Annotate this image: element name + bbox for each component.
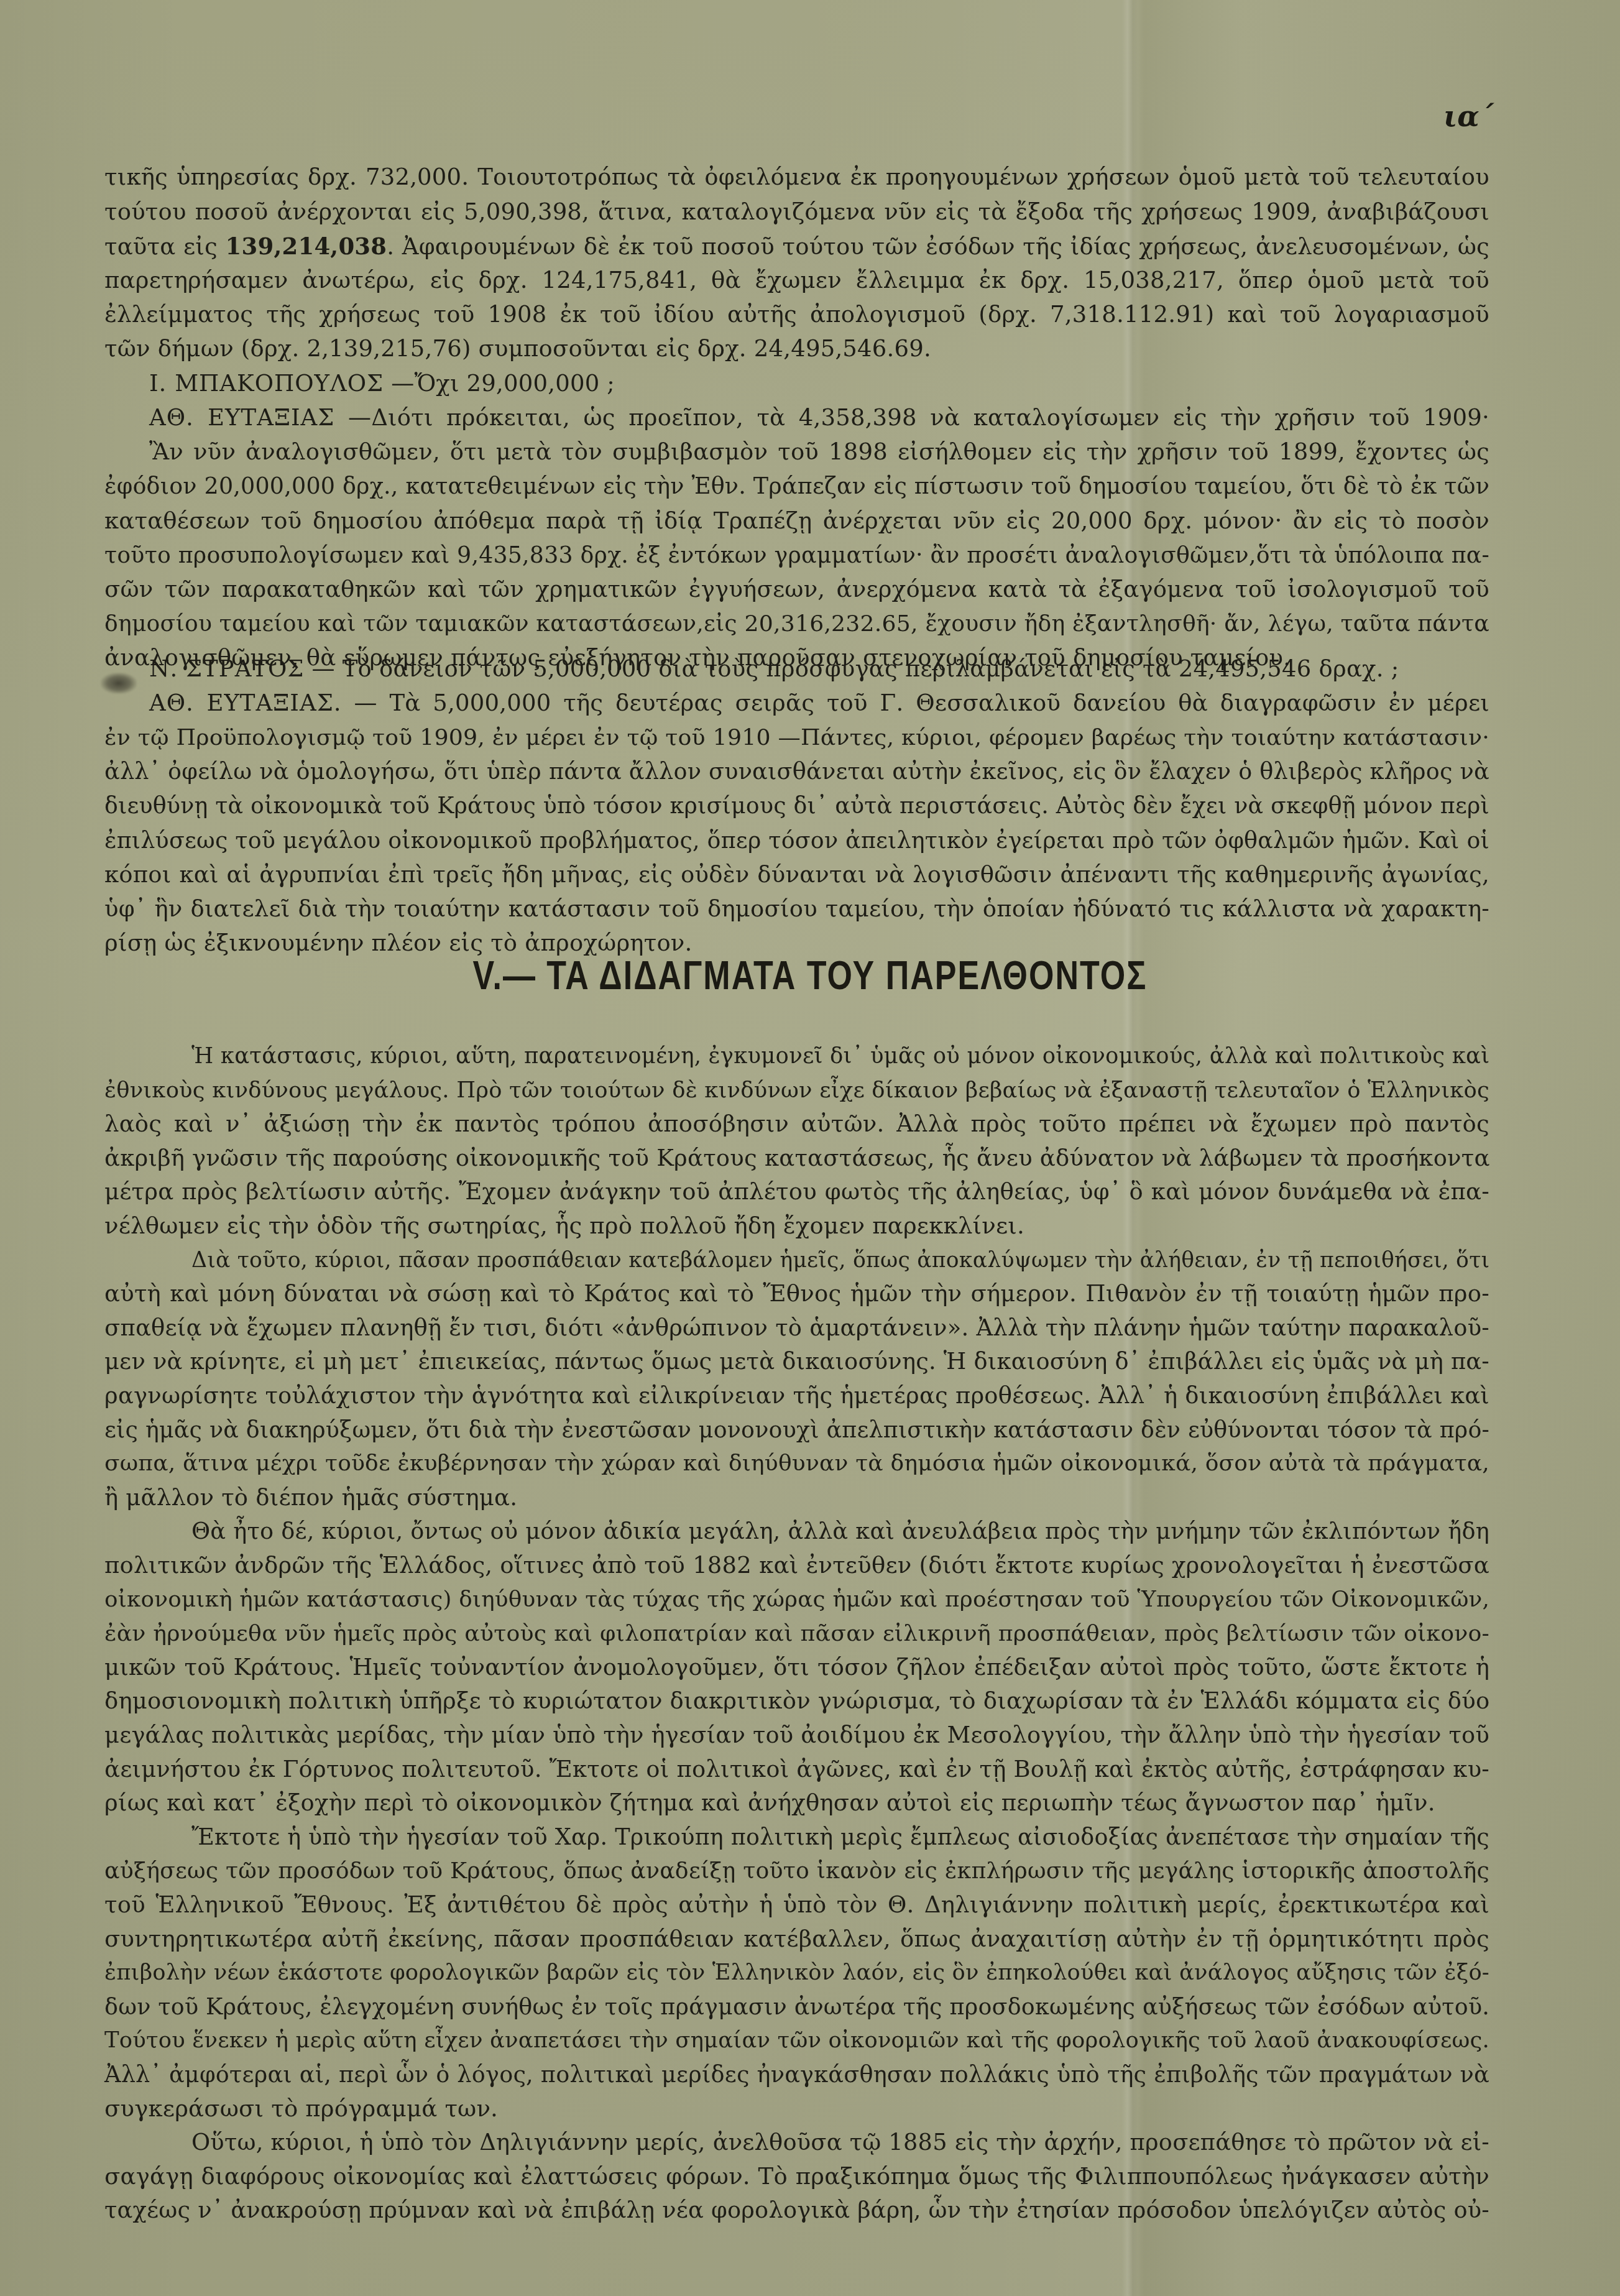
text-line: ἀκριβῆ γνῶσιν τῆς παρούσης οἰκονομικῆς τ…: [104, 1141, 1489, 1175]
text-line: Ἡ κατάστασις, κύριοι, αὕτη, παρατεινομέν…: [104, 1040, 1489, 1073]
text-line: Διὰ τοῦτο, κύριοι, πᾶσαν προσπάθειαν κατ…: [104, 1243, 1489, 1277]
text-line: ρίως καὶ κατ᾽ ἐξοχὴν περὶ τὸ οἰκονομικὸν…: [104, 1786, 1489, 1820]
text-line: Ἀλλ᾽ ἀμφότεραι αἱ, περὶ ὧν ὁ λόγος, πολι…: [104, 2058, 1489, 2091]
text-line: τικῆς ὑπηρεσίας δρχ. 732,000. Τοιουτοτρό…: [104, 160, 1489, 194]
text-line: πολιτικῶν ἀνδρῶν τῆς Ἑλλάδος, οἵτινες ἀπ…: [104, 1549, 1489, 1582]
text-line: λαὸς καὶ ν᾽ ἀξιώσῃ τὴν ἐκ παντὸς τρόπου …: [104, 1107, 1489, 1141]
text-line: παρετηρήσαμεν ἀνωτέρω, εἰς δρχ. 124,175,…: [104, 264, 1489, 297]
text-line: Οὕτω, κύριοι, ἡ ὑπὸ τὸν Δηλιγιάννην μερί…: [104, 2126, 1489, 2159]
text-line: κόποι καὶ αἱ ἀγρυπνίαι ἐπὶ τρεῖς ἤδη μῆν…: [104, 858, 1489, 892]
text-line: δημοσίου ταμείου καὶ τῶν ταμιακῶν καταστ…: [104, 607, 1489, 640]
text-line: ραγνωρίσητε τοὐλάχιστον τὴν ἁγνότητα καὶ…: [104, 1379, 1489, 1413]
speaker-name: ΑΘ. ΕΥΤΑΞΙΑΣ.: [149, 689, 342, 716]
text-line: ἢ μᾶλλον τὸ διέπον ἡμᾶς σύστημα.: [104, 1481, 1489, 1515]
dialogue-line: ΑΘ. ΕΥΤΑΞΙΑΣ —Διότι πρόκειται, ὡς προεῖπ…: [104, 401, 1489, 435]
text-line: μεν νὰ κρίνητε, εἰ μὴ μετ᾽ ἐπιεικείας, π…: [104, 1345, 1489, 1378]
ink-smudge-mark: [101, 673, 137, 694]
section-heading: V.— ΤΑ ΔΙΔΑΓΜΑΤΑ ΤΟΥ ΠΑΡΕΛΘΟΝΤΟΣ: [0, 953, 1620, 1000]
text-line: τούτου ποσοῦ ἀνέρχονται εἰς 5,090,398, ἅ…: [104, 195, 1489, 229]
text-line-with-bold-total: ταῦτα εἰς 139,214,038. Ἀφαιρουμένων δὲ ἐ…: [104, 229, 1489, 263]
text-line: διευθύνῃ τὰ οἰκονομικὰ τοῦ Κράτους ὑπὸ τ…: [104, 789, 1489, 823]
text-line: συντηρητικωτέρα αὐτῆ ἐκείνης, πᾶσαν προσ…: [104, 1922, 1489, 1956]
text-line: δων τοῦ Κράτους, ἐλεγχομένη συνήθως ἐν τ…: [104, 1990, 1489, 2024]
text-line: Θὰ ἦτο δέ, κύριοι, ὄντως οὐ μόνον ἀδικία…: [104, 1515, 1489, 1548]
text-line: τοῦτο προσυπολογίσωμεν καὶ 9,435,833 δρχ…: [104, 538, 1489, 572]
dialogue-line: Ι. ΜΠΑΚΟΠΟΥΛΟΣ —Ὄχι 29,000,000 ;: [104, 367, 1489, 400]
text-line: ἐθνικοὺς κινδύνους μεγάλους. Πρὸ τῶν τοι…: [104, 1074, 1489, 1107]
speech-text: —Ὄχι 29,000,000 ;: [391, 370, 615, 397]
text-line: σωπα, ἅτινα μέχρι τοῦδε ἐκυβέρνησαν τὴν …: [104, 1447, 1489, 1480]
text-line: ἐλλείμματος τῆς χρήσεως τοῦ 1908 ἐκ τοῦ …: [104, 298, 1489, 331]
text-line: ἐὰν ἠρνούμεθα νῦν ἡμεῖς πρὸς αὐτοὺς καὶ …: [104, 1616, 1489, 1650]
text-line: ἀειμνήστου ἐκ Γόρτυνος πολιτευτοῦ. Ἔκτοτ…: [104, 1753, 1489, 1786]
speaker-name: Ν. ΣΤΡΑΤΟΣ: [149, 655, 305, 682]
text-line: οἰκονομικὴ ἡμῶν κατάστασις) διηύθυναν τὰ…: [104, 1583, 1489, 1616]
text-line: εἰς ἡμᾶς νὰ διακηρύξωμεν, ὅτι διὰ τὴν ἐν…: [104, 1413, 1489, 1447]
text-line: σπαθείᾳ νὰ ἔχωμεν πλανηθῇ ἔν τισι, διότι…: [104, 1311, 1489, 1345]
speech-text: — Τὰ 5,000,000 τῆς δευτέρας σειρᾶς τοῦ Γ…: [354, 689, 1489, 716]
text-line: τοῦ Ἑλληνικοῦ Ἔθνους. Ἐξ ἀντιθέτου δὲ πρ…: [104, 1888, 1489, 1922]
text-line: μικῶν τοῦ Κράτους. Ἡμεῖς τοὐναντίον ἀνομ…: [104, 1651, 1489, 1684]
text-line: αὐξήσεως τῶν προσόδων τοῦ Κράτους, ὅπως …: [104, 1854, 1489, 1888]
text-line: Τούτου ἕνεκεν ἡ μερὶς αὕτη εἶχεν ἀναπετά…: [104, 2024, 1489, 2057]
page-number: ια΄: [1443, 99, 1494, 133]
text-line: ἐν τῷ Προϋπολογισμῷ τοῦ 1909, ἐν μέρει ἐ…: [104, 721, 1489, 754]
text-line: αὐτὴ καὶ μόνη δύναται νὰ σώσῃ καὶ τὸ Κρά…: [104, 1277, 1489, 1311]
text-line: ἐπιλύσεως τοῦ μεγάλου οἰκονομικοῦ προβλή…: [104, 824, 1489, 857]
text-line: μεγάλας πολιτικὰς μερίδας, τὴν μίαν ὑπὸ …: [104, 1718, 1489, 1752]
text-line: μέτρα πρὸς βελτίωσιν αὐτῆς. Ἔχομεν ἀνάγκ…: [104, 1175, 1489, 1209]
dialogue-line: ΑΘ. ΕΥΤΑΞΙΑΣ. — Τὰ 5,000,000 τῆς δευτέρα…: [104, 686, 1489, 720]
text-line: συγκεράσωσι τὸ πρόγραμμά των.: [104, 2092, 1489, 2126]
text-line: ἀλλ᾽ ὀφείλω νὰ ὁμολογήσω, ὅτι ὑπὲρ πάντα…: [104, 755, 1489, 788]
speaker-name: Ι. ΜΠΑΚΟΠΟΥΛΟΣ: [149, 370, 384, 397]
text-line: ἐπιβολὴν νέων ἑκάστοτε φορολογικῶν βαρῶν…: [104, 1956, 1489, 1989]
dialogue-line: Ν. ΣΤΡΑΤΟΣ — Τὸ δάνειον τῶν 5,000,000 δι…: [104, 652, 1489, 686]
text-line: σαγάγῃ διαφόρους οἰκονομίας καὶ ἐλαττώσε…: [104, 2160, 1489, 2193]
text-line: Ἂν νῦν ἀναλογισθῶμεν, ὅτι μετὰ τὸν συμβι…: [104, 435, 1489, 469]
text-line: Ἔκτοτε ἡ ὑπὸ τὴν ἡγεσίαν τοῦ Χαρ. Τρικού…: [104, 1820, 1489, 1854]
text-line: σῶν τῶν παρακαταθηκῶν καὶ τῶν χρηματικῶν…: [104, 573, 1489, 606]
text-line: τῶν δήμων (δρχ. 2,139,215,76) συμποσοῦντ…: [104, 332, 1489, 366]
text-line: ὑφ᾽ ἣν διατελεῖ διὰ τὴν τοιαύτην κατάστα…: [104, 892, 1489, 926]
text-line: καταθέσεων τοῦ δημοσίου ἀπόθεμα παρὰ τῇ …: [104, 504, 1489, 538]
speaker-name: ΑΘ. ΕΥΤΑΞΙΑΣ: [149, 404, 334, 431]
bold-total-amount: 139,214,038: [226, 233, 387, 260]
text-line: ἐφόδιον 20,000,000 δρχ., κατατεθειμένων …: [104, 469, 1489, 503]
text-line: νέλθωμεν εἰς τὴν ὁδὸν τῆς σωτηρίας, ἧς π…: [104, 1209, 1489, 1243]
text-line: δημοσιονομικὴ πολιτικὴ ὑπῆρξε τὸ κυριώτα…: [104, 1684, 1489, 1718]
speech-text: —Διότι πρόκειται, ὡς προεῖπον, τὰ 4,358,…: [348, 404, 1489, 431]
speech-text: — Τὸ δάνειον τῶν 5,000,000 διὰ τοὺς πρόσ…: [312, 655, 1399, 682]
text-line: ταχέως ν᾽ ἀνακρούσῃ πρύμναν καὶ νὰ ἐπιβά…: [104, 2193, 1489, 2227]
